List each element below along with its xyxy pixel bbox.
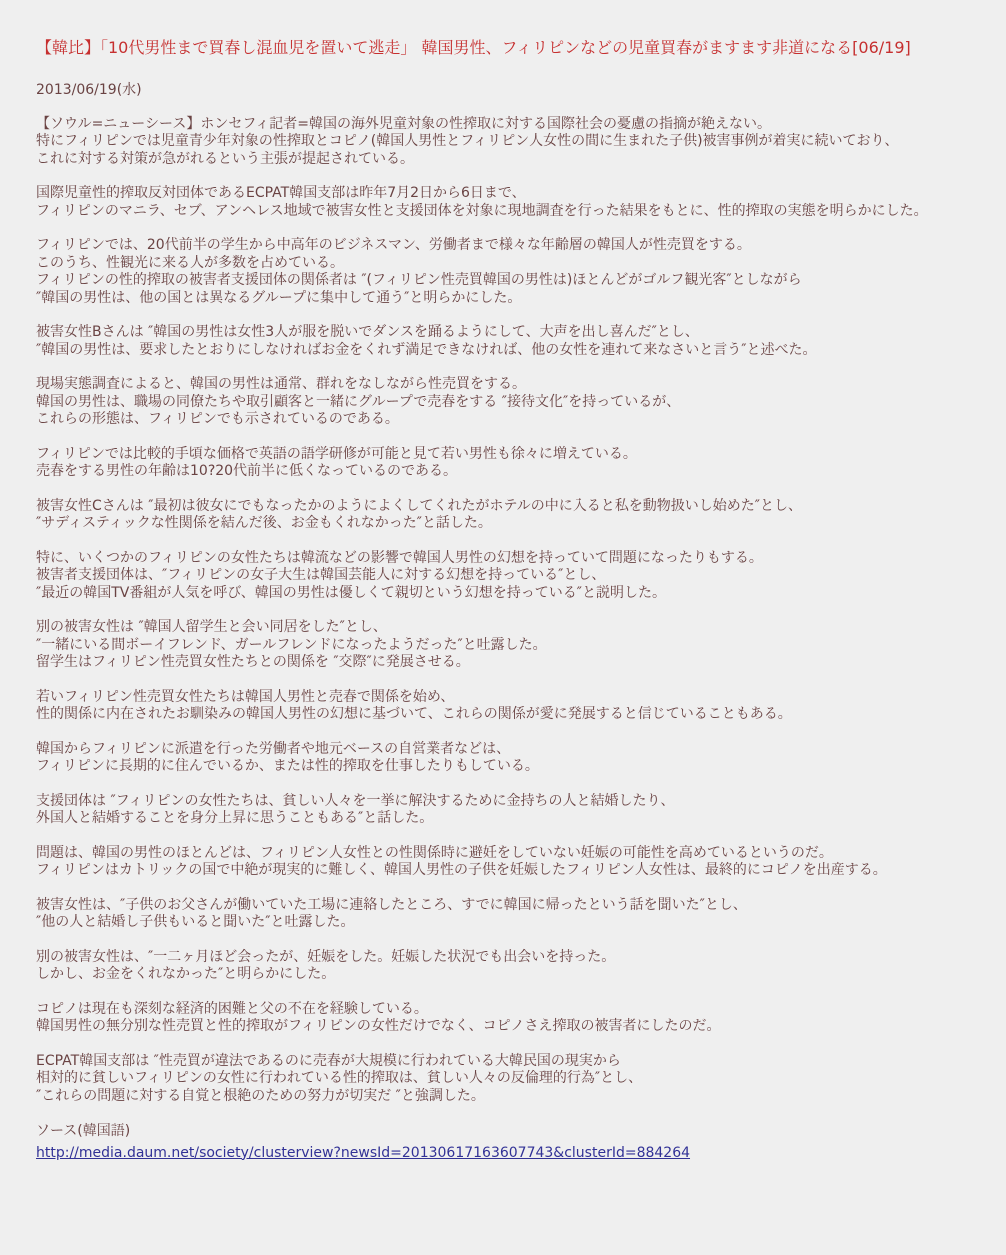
article-paragraph: 支援団体は ″フィリピンの女性たちは、貧しい人々を一挙に解決するために金持ちの人…: [36, 793, 976, 828]
article-paragraph: 問題は、韓国の男性のほとんどは、フィリピン人女性との性関係時に避妊をしていない妊…: [36, 845, 976, 880]
article-paragraph: ECPAT韓国支部は ″性売買が違法であるのに売春が大規模に行われている大韓民国…: [36, 1053, 976, 1106]
article-paragraph: フィリピンでは、20代前半の学生から中高年のビジネスマン、労働者まで様々な年齢層…: [36, 237, 976, 307]
thread-title: 【韓比】「10代男性まで買春し混血児を置いて逃走」 韓国男性、フィリピンなどの児…: [36, 38, 976, 58]
article-paragraph: 別の被害女性は ″韓国人留学生と会い同居をした″とし、 ″一緒にいる間ボーイフレ…: [36, 619, 976, 672]
article-paragraph: フィリピンでは比較的手頃な価格で英語の語学研修が可能と見て若い男性も徐々に増えて…: [36, 446, 976, 481]
article-paragraph: 国際児童性的搾取反対団体であるECPAT韓国支部は昨年7月2日から6日まで、 フ…: [36, 185, 976, 220]
article-paragraph: 被害女性Cさんは ″最初は彼女にでもなったかのようによくしてくれたがホテルの中に…: [36, 498, 976, 533]
article-paragraph: コピノは現在も深刻な経済的困難と父の不在を経験している。 韓国男性の無分別な性売…: [36, 1001, 976, 1036]
article-paragraph: 現場実態調査によると、韓国の男性は通常、群れをなしながら性売買をする。 韓国の男…: [36, 376, 976, 429]
article-paragraph: 被害女性は、″子供のお父さんが働いていた工場に連絡したところ、すでに韓国に帰った…: [36, 897, 976, 932]
article-paragraph: 被害女性Bさんは ″韓国の男性は女性3人が服を脱いでダンスを踊るようにして、大声…: [36, 324, 976, 359]
source-section: ソース(韓国語) http://media.daum.net/society/c…: [36, 1123, 976, 1162]
article-body: 【ソウル=ニューシース】ホンセフィ記者=韓国の海外児童対象の性搾取に対する国際社…: [36, 116, 976, 1106]
article-paragraph: 若いフィリピン性売買女性たちは韓国人男性と売春で関係を始め、 性的関係に内在され…: [36, 689, 976, 724]
source-label: ソース(韓国語): [36, 1123, 976, 1141]
article-page: 【韓比】「10代男性まで買春し混血児を置いて逃走」 韓国男性、フィリピンなどの児…: [0, 0, 1006, 1255]
article-paragraph: 別の被害女性は、″一二ヶ月ほど会ったが、妊娠をした。妊娠した状況でも出会いを持っ…: [36, 949, 976, 984]
source-link[interactable]: http://media.daum.net/society/clustervie…: [36, 1145, 690, 1161]
article-paragraph: 特に、いくつかのフィリピンの女性たちは韓流などの影響で韓国人男性の幻想を持ってい…: [36, 550, 976, 603]
article-paragraph: 【ソウル=ニューシース】ホンセフィ記者=韓国の海外児童対象の性搾取に対する国際社…: [36, 116, 976, 169]
article-paragraph: 韓国からフィリピンに派遣を行った労働者や地元ベースの自営業者などは、 フィリピン…: [36, 741, 976, 776]
post-date: 2013/06/19(水): [36, 82, 976, 100]
